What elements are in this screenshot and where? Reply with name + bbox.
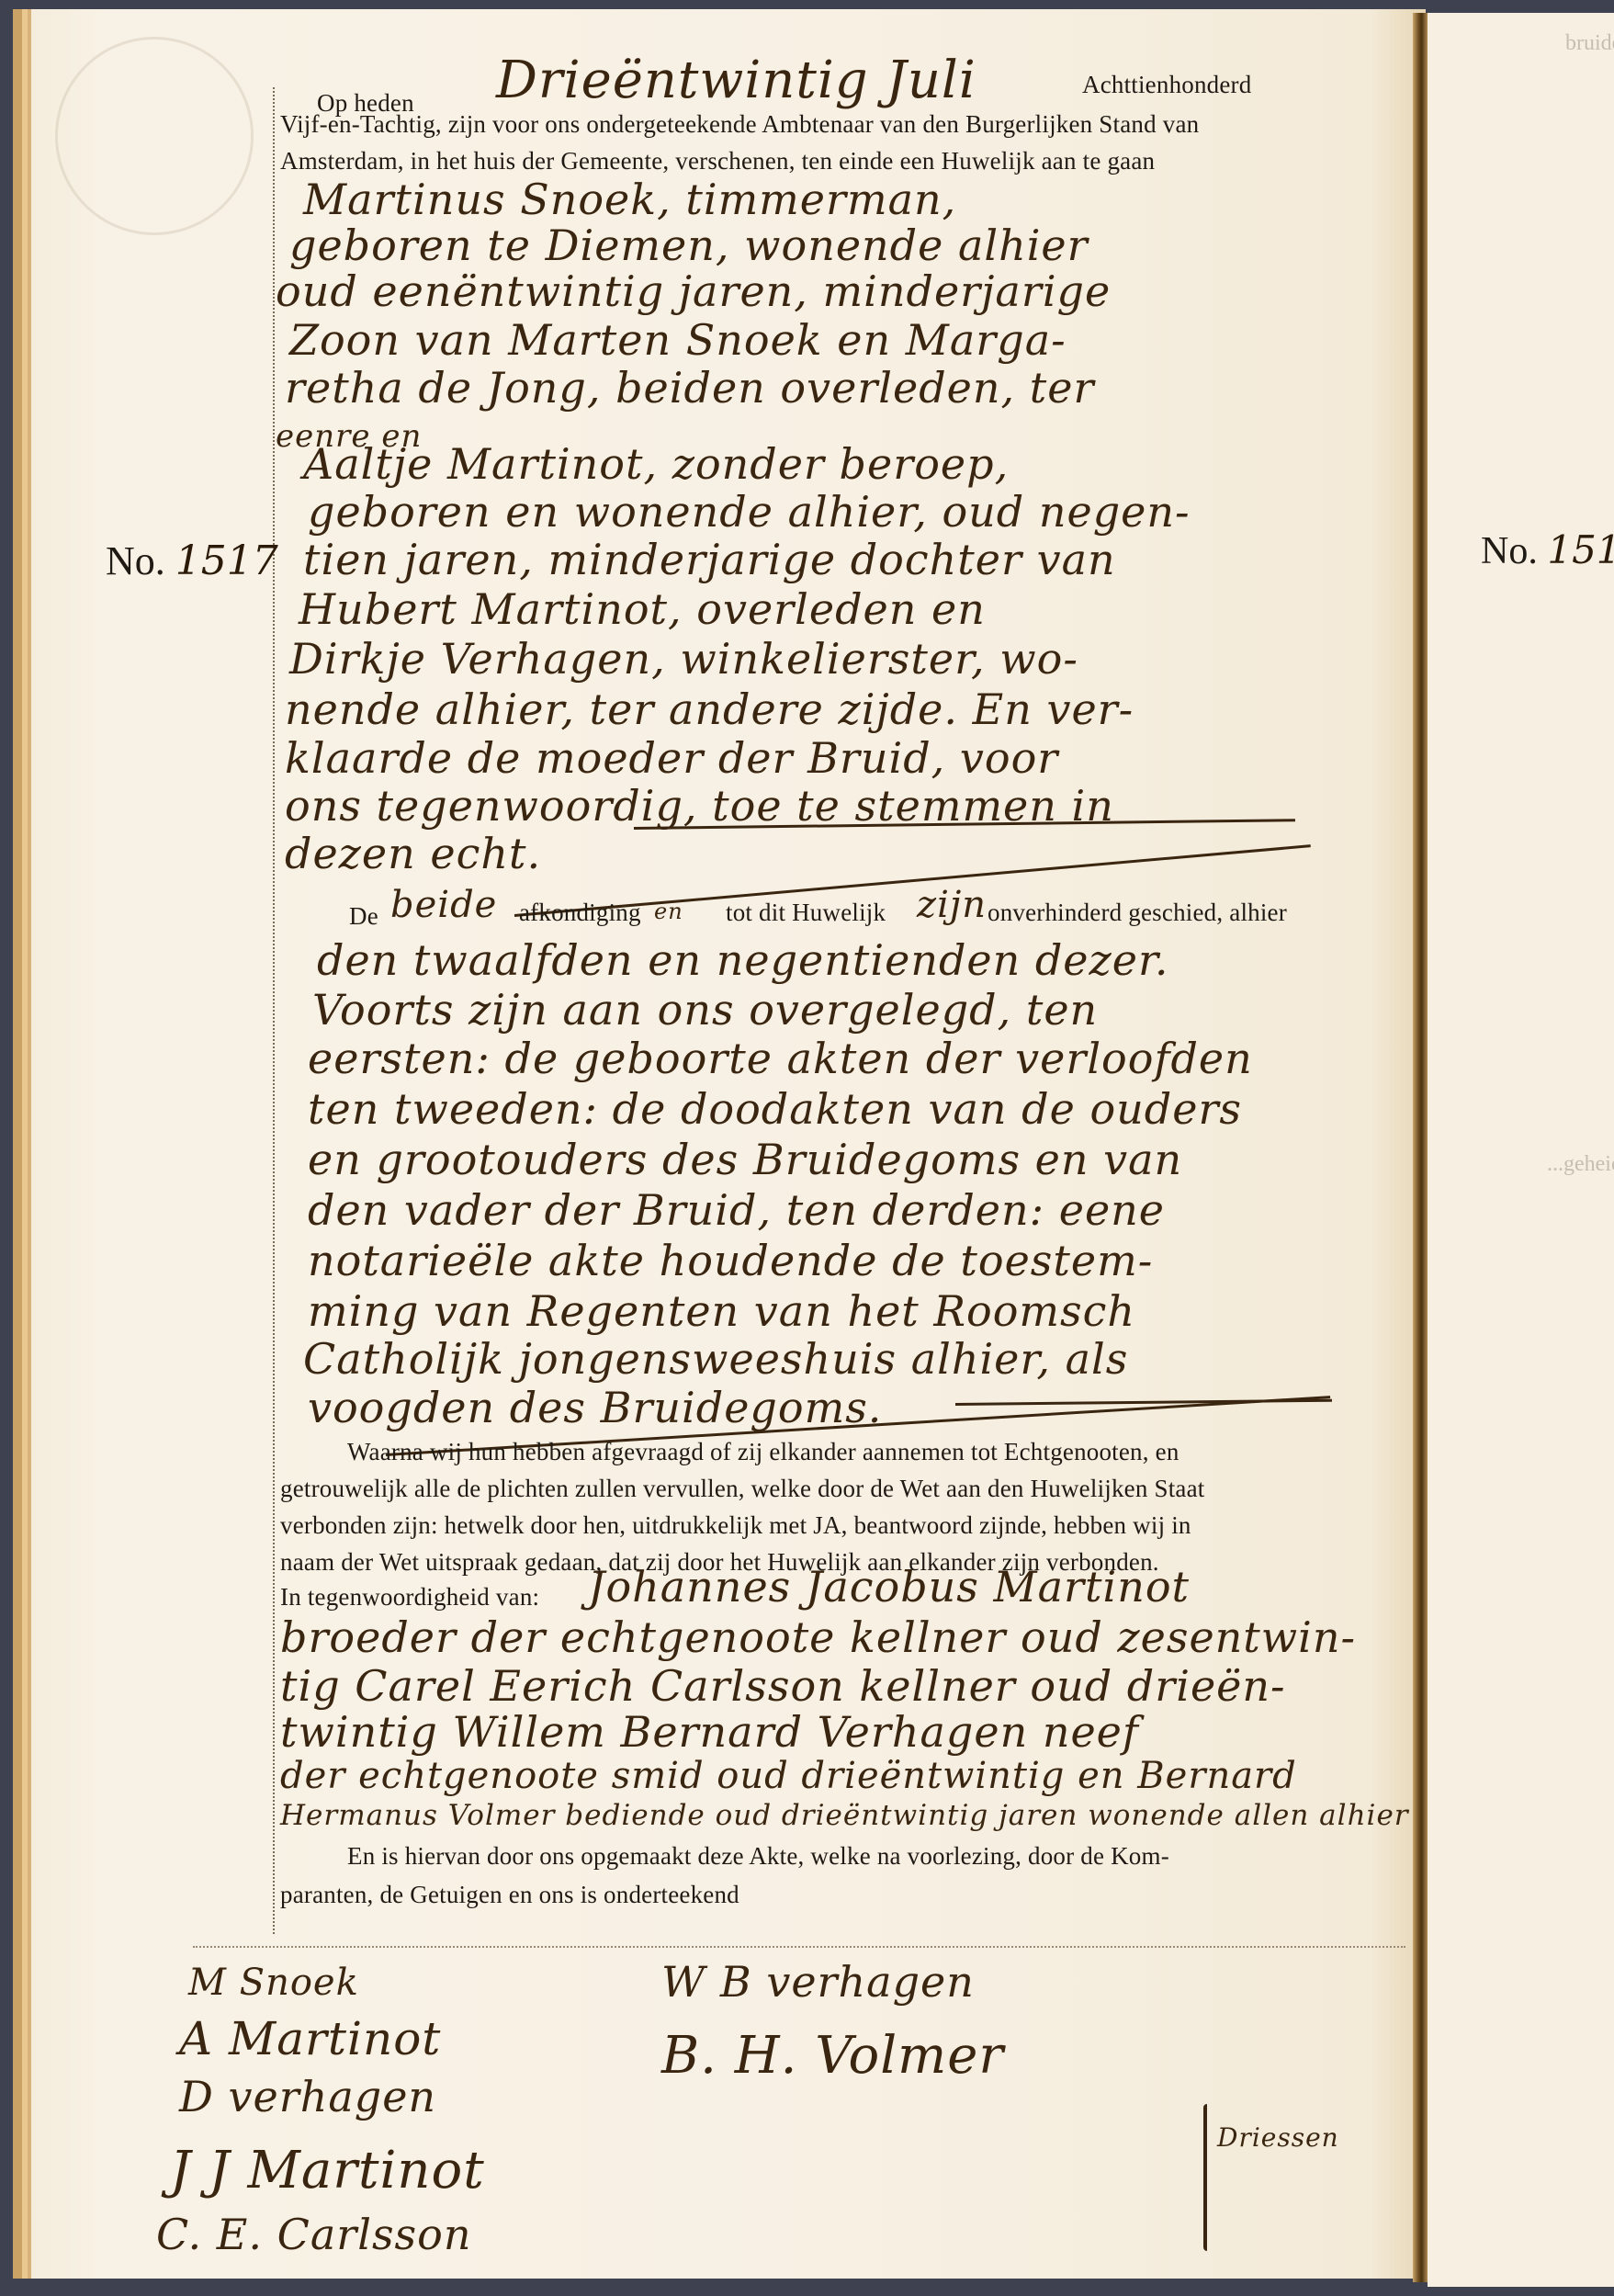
handwritten-line: Aaltje Martinot, zonder beroep, bbox=[303, 439, 1009, 489]
printed-intro-line-2: Vijf-en-Tachtig, zijn voor ons ondergete… bbox=[280, 110, 1199, 139]
signature-bride: A Martinot bbox=[179, 2012, 441, 2065]
signature-witness-2: C. E. Carlsson bbox=[156, 2210, 471, 2259]
signature-mother: D verhagen bbox=[179, 2072, 436, 2121]
handwritten-beide: beide bbox=[390, 884, 497, 926]
handwritten-line: dezen echt. bbox=[285, 829, 541, 878]
register-number-value: 1517 bbox=[175, 537, 278, 584]
registrar-bracket bbox=[1203, 2104, 1211, 2251]
register-number: No. 1517 bbox=[106, 537, 278, 584]
register-number-label: No. bbox=[106, 538, 165, 583]
witness-line: Johannes Jacobus Martinot bbox=[588, 1562, 1190, 1612]
printed-declaration-line: Waarna wij hun hebben afgevraagd of zij … bbox=[347, 1438, 1179, 1466]
handwritten-line: ming van Regenten van het Roomsch bbox=[308, 1286, 1135, 1336]
witness-line: tig Carel Eerich Carlsson kellner oud dr… bbox=[280, 1661, 1286, 1711]
faint-text: ...geheid, alhier bbox=[1547, 1152, 1614, 1177]
handwritten-line: nende alhier, ter andere zijde. En ver- bbox=[285, 684, 1134, 734]
handwritten-line: Zoon van Marten Snoek en Marga- bbox=[289, 315, 1067, 365]
printed-achttienhonderd: Achttienhonderd bbox=[1082, 71, 1251, 99]
printed-de: De bbox=[349, 902, 378, 931]
printed-witness-label: In tegenwoordigheid van: bbox=[280, 1583, 539, 1612]
handwritten-line: tien jaren, minderjarige dochter van bbox=[303, 535, 1116, 584]
handwritten-line: den twaalfden en negentienden dezer. bbox=[317, 935, 1169, 985]
printed-intro-line-3: Amsterdam, in het huis der Gemeente, ver… bbox=[280, 147, 1155, 175]
signature-groom: M Snoek bbox=[188, 1962, 359, 2004]
printed-declaration-line: verbonden zijn: hetwelk door hen, uitdru… bbox=[280, 1511, 1191, 1540]
handwritten-line: klaarde de moeder der Bruid, voor bbox=[285, 733, 1058, 783]
printed-tot-dit-huwelijk: tot dit Huwelijk bbox=[726, 899, 886, 927]
printed-declaration-line: getrouwelijk alle de plichten zullen ver… bbox=[280, 1475, 1205, 1503]
handwritten-zijn: zijn bbox=[917, 884, 987, 926]
book-gutter bbox=[1413, 13, 1428, 2282]
handwritten-line: den vader der Bruid, ten derden: eene bbox=[308, 1185, 1165, 1235]
handwritten-line: Dirkje Verhagen, winkelierster, wo- bbox=[289, 634, 1078, 684]
faint-text: bruidegom bbox=[1565, 31, 1614, 56]
witness-line: twintig Willem Bernard Verhagen neef bbox=[280, 1707, 1139, 1757]
signature-registrar: Driessen bbox=[1217, 2122, 1339, 2153]
handwritten-date: Drieëntwintig Juli bbox=[496, 51, 976, 110]
handwritten-line: eersten: de geboorte akten der verloofde… bbox=[308, 1034, 1253, 1083]
handwritten-line: Voorts zijn aan ons overgelegd, ten bbox=[312, 985, 1098, 1035]
printed-closing-line: paranten, de Getuigen en ons is ondertee… bbox=[280, 1881, 739, 1909]
handwritten-line: geboren te Diemen, wonende alhier bbox=[289, 221, 1089, 270]
handwritten-line: en grootouders des Bruidegoms en van bbox=[308, 1135, 1182, 1184]
printed-afkondiging: afkondiging bbox=[519, 899, 641, 927]
printed-onverhinderd: onverhinderd geschied, alhier bbox=[988, 899, 1287, 927]
right-page-number: No. 151 bbox=[1481, 527, 1614, 573]
witness-line: broeder der echtgenoote kellner oud zese… bbox=[280, 1612, 1356, 1662]
handwritten-line: oud eenëntwintig jaren, minderjarige bbox=[276, 266, 1111, 316]
handwritten-line: notarieële akte houdende de toestem- bbox=[308, 1236, 1153, 1285]
faded-stamp bbox=[55, 37, 254, 235]
witness-line: der echtgenoote smid oud drieëntwintig e… bbox=[280, 1755, 1297, 1797]
handwritten-line: voogden des Bruidegoms. bbox=[308, 1383, 882, 1432]
handwritten-line: geboren en wonende alhier, oud negen- bbox=[308, 487, 1191, 537]
signature-witness-1: J J Martinot bbox=[170, 2141, 485, 2200]
handwritten-line: ten tweeden: de doodakten van de ouders bbox=[308, 1084, 1242, 1134]
right-number-label: No. bbox=[1481, 530, 1538, 572]
signature-dotted-rule bbox=[193, 1946, 1405, 1948]
signature-witness-3: W B verhagen bbox=[661, 1957, 975, 2007]
handwritten-line: Martinus Snoek, timmerman, bbox=[303, 175, 956, 224]
witness-line: Hermanus Volmer bediende oud drieëntwint… bbox=[280, 1799, 1409, 1832]
printed-closing-line: En is hiervan door ons opgemaakt deze Ak… bbox=[347, 1842, 1169, 1871]
right-page: No. 151 bruidegom ...geheid, alhier bbox=[1428, 13, 1614, 2287]
handwritten-line: retha de Jong, beiden overleden, ter bbox=[285, 363, 1094, 413]
signature-witness-4: B. H. Volmer bbox=[661, 2026, 1004, 2086]
handwritten-line: Hubert Martinot, overleden en bbox=[299, 584, 986, 634]
handwritten-en: en bbox=[654, 899, 683, 924]
right-number-value: 151 bbox=[1547, 527, 1614, 572]
margin-dotted-rule bbox=[273, 87, 275, 1934]
handwritten-line: Catholijk jongensweeshuis alhier, als bbox=[303, 1334, 1128, 1384]
